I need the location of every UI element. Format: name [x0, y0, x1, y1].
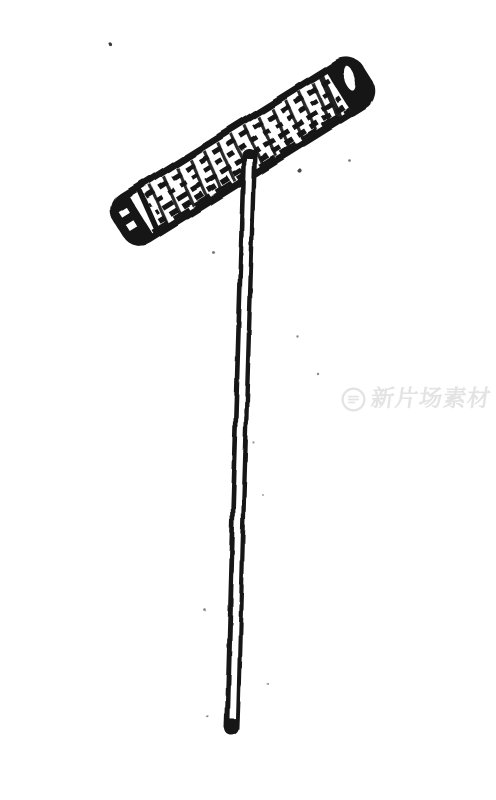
illustration-page: 新片场素材	[0, 0, 496, 800]
tool-shaft	[232, 156, 249, 728]
engraving-illustration	[0, 0, 496, 800]
